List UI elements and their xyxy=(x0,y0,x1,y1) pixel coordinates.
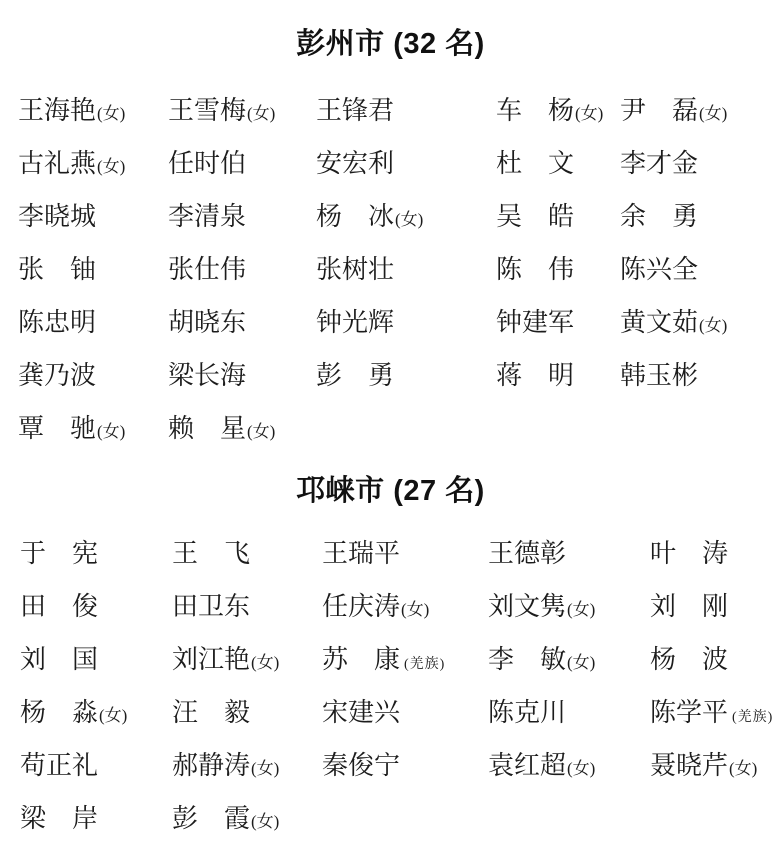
person-name: 王雪梅(女) xyxy=(168,98,316,124)
person-name-text: 杨 淼 xyxy=(20,700,98,726)
person-name: 胡晓东 xyxy=(168,310,316,336)
person-name: 古礼燕(女) xyxy=(18,151,168,177)
person-name-text: 任庆涛 xyxy=(322,594,400,620)
gender-label: (女) xyxy=(575,105,603,122)
person-name-text: 韩玉彬 xyxy=(620,363,698,389)
person-name: 郝静涛(女) xyxy=(172,753,322,779)
person-name-text: 王海艳 xyxy=(18,98,96,124)
person-name: 张树壮 xyxy=(316,257,496,283)
person-name-text: 梁长海 xyxy=(168,363,246,389)
person-name: 王瑞平 xyxy=(322,541,488,567)
person-name-text: 尹 磊 xyxy=(620,98,698,124)
gender-label: (女) xyxy=(699,317,727,334)
name-row: 古礼燕(女)任时伯安宏利杜 文李才金 xyxy=(0,137,781,190)
gender-label: (女) xyxy=(251,654,279,671)
person-name-text: 杨 冰 xyxy=(316,204,394,230)
person-name-text: 王瑞平 xyxy=(322,541,400,567)
person-name: 陈兴全 xyxy=(620,257,781,283)
person-name: 杨 波 xyxy=(650,647,781,673)
person-name: 覃 驰(女) xyxy=(18,416,168,442)
person-name-text: 刘文隽 xyxy=(488,594,566,620)
person-name: 龚乃波 xyxy=(18,363,168,389)
person-name-text: 龚乃波 xyxy=(18,363,96,389)
person-name: 刘江艳(女) xyxy=(172,647,322,673)
person-name-text: 任时伯 xyxy=(168,151,246,177)
person-name-text: 李才金 xyxy=(620,151,698,177)
person-name: 钟光辉 xyxy=(316,310,496,336)
person-name-text: 陈兴全 xyxy=(620,257,698,283)
person-name-text: 李清泉 xyxy=(168,204,246,230)
name-row: 龚乃波梁长海彭 勇蒋 明韩玉彬 xyxy=(0,349,781,402)
person-name-text: 刘 国 xyxy=(20,647,98,673)
gender-label: (女) xyxy=(97,105,125,122)
person-name-text: 袁红超 xyxy=(488,753,566,779)
person-name: 王 飞 xyxy=(172,541,322,567)
person-name: 王海艳(女) xyxy=(18,98,168,124)
person-name: 李晓城 xyxy=(18,204,168,230)
person-name: 彭 勇 xyxy=(316,363,496,389)
gender-label: (女) xyxy=(567,601,595,618)
person-name-text: 王雪梅 xyxy=(168,98,246,124)
person-name: 赖 星(女) xyxy=(168,416,316,442)
person-name-text: 吴 皓 xyxy=(496,204,574,230)
person-name: 王德彰 xyxy=(488,541,650,567)
person-name-text: 刘江艳 xyxy=(172,647,250,673)
person-name-text: 钟光辉 xyxy=(316,310,394,336)
person-name-text: 王 飞 xyxy=(172,541,250,567)
person-name-text: 田卫东 xyxy=(172,594,250,620)
person-name: 聂晓芹(女) xyxy=(650,753,781,779)
person-name-text: 王德彰 xyxy=(488,541,566,567)
gender-label: (女) xyxy=(567,760,595,777)
person-name: 余 勇 xyxy=(620,204,781,230)
person-name: 杜 文 xyxy=(496,151,620,177)
person-name-text: 于 宪 xyxy=(20,541,98,567)
gender-label: (女) xyxy=(567,654,595,671)
person-name: 李清泉 xyxy=(168,204,316,230)
person-name-text: 郝静涛 xyxy=(172,753,250,779)
person-name: 梁长海 xyxy=(168,363,316,389)
section-rows-pengzhou: 王海艳(女)王雪梅(女)王锋君车 杨(女)尹 磊(女)古礼燕(女)任时伯安宏利杜… xyxy=(0,84,781,455)
person-name: 尹 磊(女) xyxy=(620,98,781,124)
person-name-text: 汪 毅 xyxy=(172,700,250,726)
person-name-text: 黄文茹 xyxy=(620,310,698,336)
person-name-text: 苟正礼 xyxy=(20,753,98,779)
person-name: 黄文茹(女) xyxy=(620,310,781,336)
person-name: 张 铀 xyxy=(18,257,168,283)
name-row: 苟正礼郝静涛(女)秦俊宁袁红超(女)聂晓芹(女) xyxy=(0,739,781,792)
person-name-text: 宋建兴 xyxy=(322,700,400,726)
name-row: 梁 岸彭 霞(女) xyxy=(0,792,781,845)
name-row: 张 铀张仕伟张树壮陈 伟陈兴全 xyxy=(0,243,781,296)
person-name-text: 古礼燕 xyxy=(18,151,96,177)
person-name-text: 李晓城 xyxy=(18,204,96,230)
name-row: 陈忠明胡晓东钟光辉钟建军黄文茹(女) xyxy=(0,296,781,349)
name-row: 于 宪王 飞王瑞平王德彰叶 涛 xyxy=(0,527,781,580)
name-row: 王海艳(女)王雪梅(女)王锋君车 杨(女)尹 磊(女) xyxy=(0,84,781,137)
name-row: 李晓城李清泉杨 冰(女)吴 皓余 勇 xyxy=(0,190,781,243)
person-name-text: 梁 岸 xyxy=(20,806,98,832)
person-name: 张仕伟 xyxy=(168,257,316,283)
gender-label: (女) xyxy=(395,211,423,228)
section-title-pengzhou: 彭州市 (32 名) xyxy=(0,0,781,84)
person-name-text: 秦俊宁 xyxy=(322,753,400,779)
person-name: 刘 刚 xyxy=(650,594,781,620)
person-name: 李 敏(女) xyxy=(488,647,650,673)
person-name: 任时伯 xyxy=(168,151,316,177)
section-qionglai: 邛崃市 (27 名) 于 宪王 飞王瑞平王德彰叶 涛田 俊田卫东任庆涛(女)刘文… xyxy=(0,455,781,845)
person-name: 陈 伟 xyxy=(496,257,620,283)
person-name: 吴 皓 xyxy=(496,204,620,230)
person-name-text: 覃 驰 xyxy=(18,416,96,442)
gender-label: (女) xyxy=(97,423,125,440)
person-name: 宋建兴 xyxy=(322,700,488,726)
person-name: 刘 国 xyxy=(20,647,172,673)
person-name-text: 王锋君 xyxy=(316,98,394,124)
person-name-text: 杨 波 xyxy=(650,647,728,673)
person-name: 彭 霞(女) xyxy=(172,806,322,832)
gender-label: (女) xyxy=(247,423,275,440)
person-name-text: 李 敏 xyxy=(488,647,566,673)
ethnicity-label: (羌族) xyxy=(404,658,445,672)
person-name-text: 田 俊 xyxy=(20,594,98,620)
person-name: 刘文隽(女) xyxy=(488,594,650,620)
person-name: 韩玉彬 xyxy=(620,363,781,389)
person-name-text: 张 铀 xyxy=(18,257,96,283)
person-name: 任庆涛(女) xyxy=(322,594,488,620)
person-name-text: 杜 文 xyxy=(496,151,574,177)
person-name: 田卫东 xyxy=(172,594,322,620)
person-name: 陈克川 xyxy=(488,700,650,726)
gender-label: (女) xyxy=(99,707,127,724)
person-name: 田 俊 xyxy=(20,594,172,620)
person-name: 陈忠明 xyxy=(18,310,168,336)
name-row: 覃 驰(女)赖 星(女) xyxy=(0,402,781,455)
person-name-text: 钟建军 xyxy=(496,310,574,336)
person-name: 车 杨(女) xyxy=(496,98,620,124)
gender-label: (女) xyxy=(699,105,727,122)
section-title-qionglai: 邛崃市 (27 名) xyxy=(0,455,781,527)
gender-label: (女) xyxy=(401,601,429,618)
person-name: 安宏利 xyxy=(316,151,496,177)
person-name: 汪 毅 xyxy=(172,700,322,726)
person-name-text: 蒋 明 xyxy=(496,363,574,389)
person-name: 苟正礼 xyxy=(20,753,172,779)
person-name-text: 陈忠明 xyxy=(18,310,96,336)
person-name-text: 彭 霞 xyxy=(172,806,250,832)
person-name: 杨 冰(女) xyxy=(316,204,496,230)
gender-label: (女) xyxy=(729,760,757,777)
person-name-text: 安宏利 xyxy=(316,151,394,177)
ethnicity-label: (羌族) xyxy=(732,711,773,725)
person-name-text: 赖 星 xyxy=(168,416,246,442)
name-row: 杨 淼(女)汪 毅宋建兴陈克川陈学平(羌族) xyxy=(0,686,781,739)
person-name-text: 车 杨 xyxy=(496,98,574,124)
section-rows-qionglai: 于 宪王 飞王瑞平王德彰叶 涛田 俊田卫东任庆涛(女)刘文隽(女)刘 刚刘 国刘… xyxy=(0,527,781,845)
person-name: 秦俊宁 xyxy=(322,753,488,779)
gender-label: (女) xyxy=(97,158,125,175)
person-name: 苏 康(羌族) xyxy=(322,647,488,673)
person-name-text: 刘 刚 xyxy=(650,594,728,620)
person-name-text: 陈克川 xyxy=(488,700,566,726)
name-list-document: 彭州市 (32 名) 王海艳(女)王雪梅(女)王锋君车 杨(女)尹 磊(女)古礼… xyxy=(0,0,781,858)
person-name: 梁 岸 xyxy=(20,806,172,832)
person-name-text: 张树壮 xyxy=(316,257,394,283)
person-name: 钟建军 xyxy=(496,310,620,336)
gender-label: (女) xyxy=(251,760,279,777)
gender-label: (女) xyxy=(247,105,275,122)
person-name-text: 陈学平 xyxy=(650,700,728,726)
person-name-text: 彭 勇 xyxy=(316,363,394,389)
name-row: 刘 国刘江艳(女)苏 康(羌族)李 敏(女)杨 波 xyxy=(0,633,781,686)
person-name-text: 苏 康 xyxy=(322,647,400,673)
name-row: 田 俊田卫东任庆涛(女)刘文隽(女)刘 刚 xyxy=(0,580,781,633)
person-name-text: 叶 涛 xyxy=(650,541,728,567)
person-name: 蒋 明 xyxy=(496,363,620,389)
person-name: 杨 淼(女) xyxy=(20,700,172,726)
gender-label: (女) xyxy=(251,813,279,830)
person-name-text: 余 勇 xyxy=(620,204,698,230)
person-name: 叶 涛 xyxy=(650,541,781,567)
person-name-text: 胡晓东 xyxy=(168,310,246,336)
person-name: 于 宪 xyxy=(20,541,172,567)
person-name: 袁红超(女) xyxy=(488,753,650,779)
section-pengzhou: 彭州市 (32 名) 王海艳(女)王雪梅(女)王锋君车 杨(女)尹 磊(女)古礼… xyxy=(0,0,781,455)
person-name: 陈学平(羌族) xyxy=(650,700,781,726)
person-name-text: 聂晓芹 xyxy=(650,753,728,779)
person-name-text: 张仕伟 xyxy=(168,257,246,283)
person-name: 李才金 xyxy=(620,151,781,177)
person-name: 王锋君 xyxy=(316,98,496,124)
person-name-text: 陈 伟 xyxy=(496,257,574,283)
